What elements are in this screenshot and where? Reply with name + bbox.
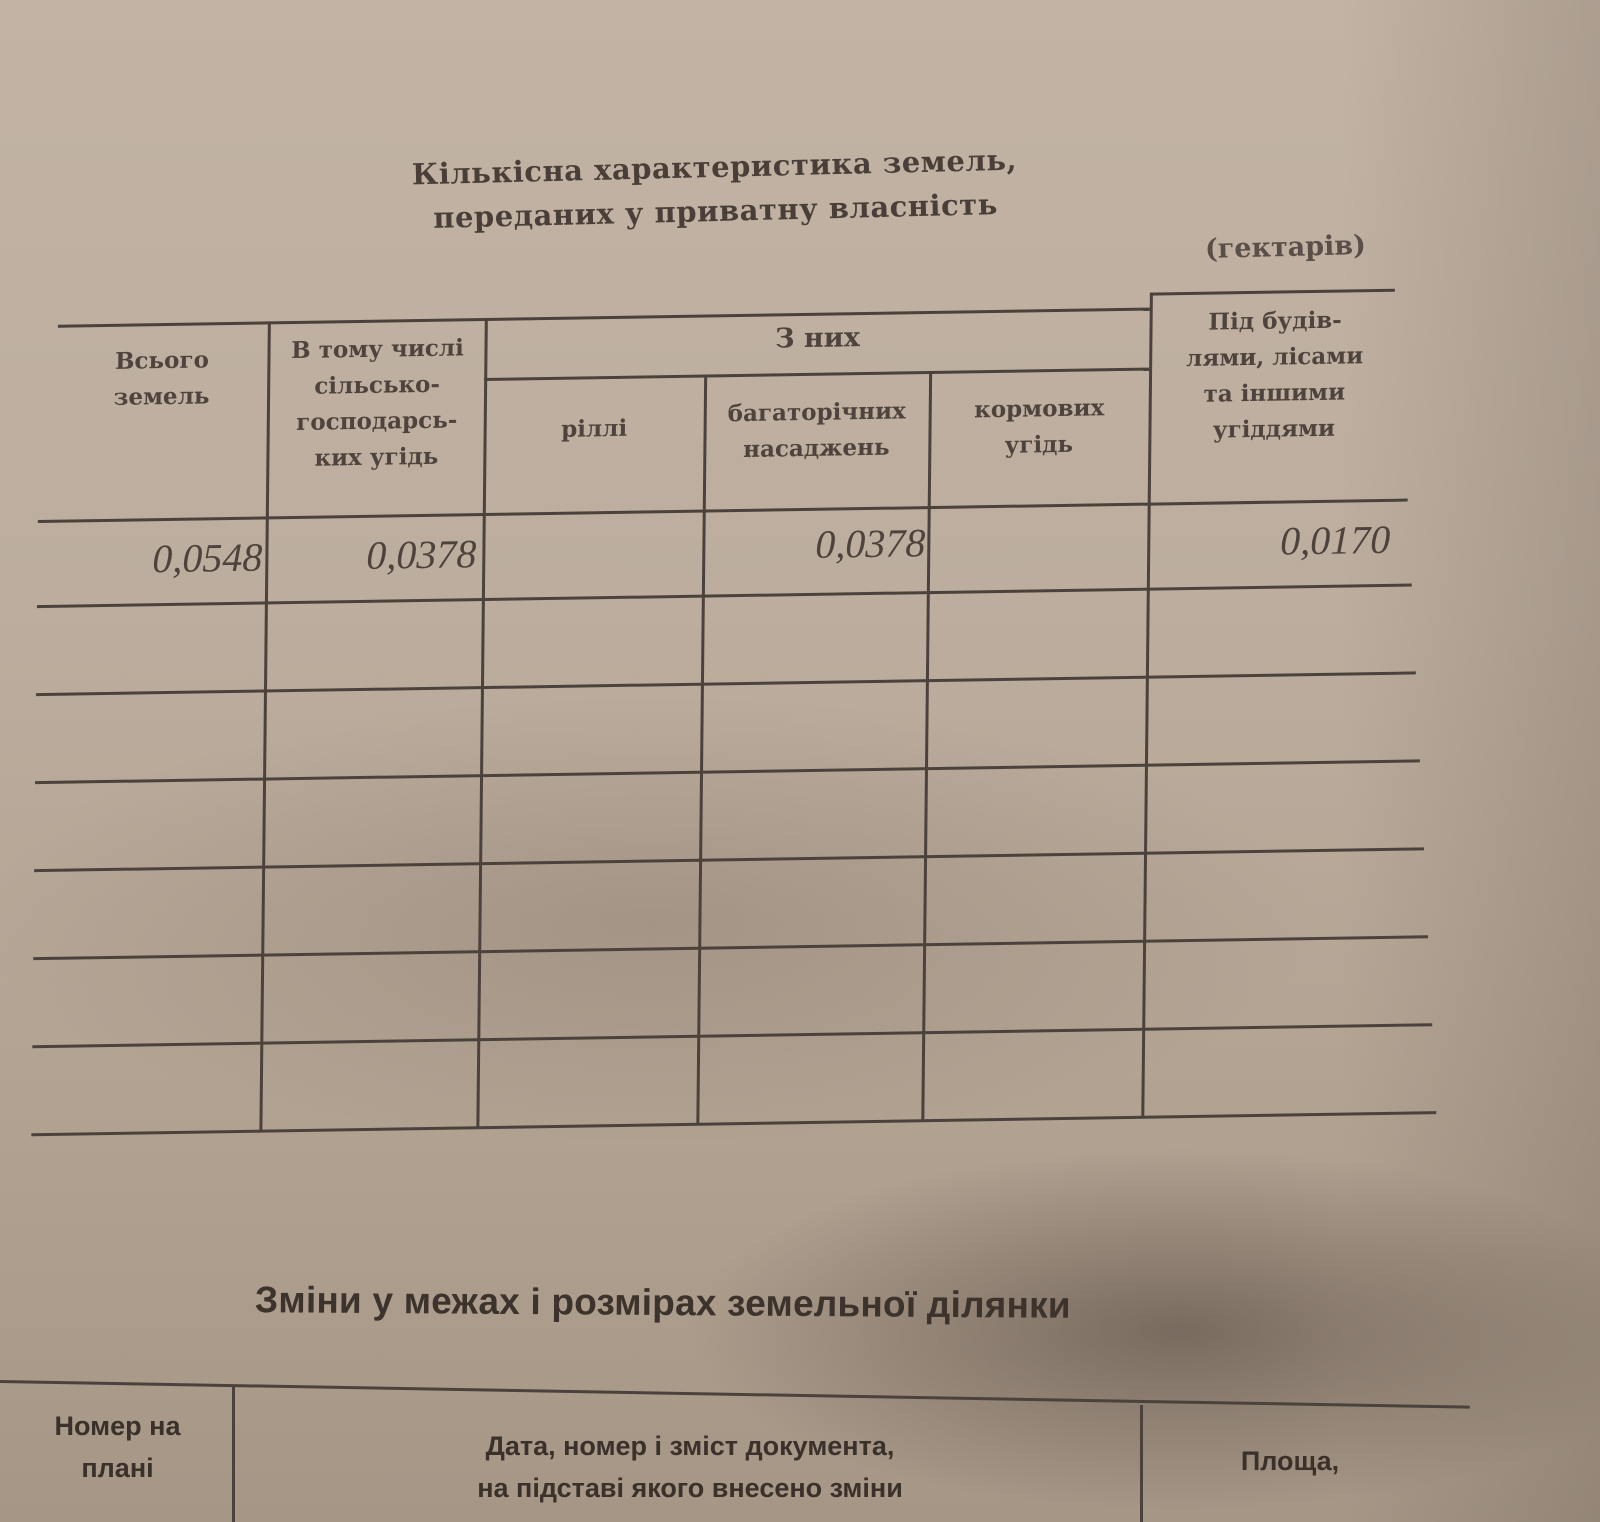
- header-agricultural: В тому числі сільсько- господарсь- ких у…: [270, 330, 483, 477]
- table-bottom-border: [31, 1111, 1436, 1136]
- header-forage: кормових угідь: [931, 390, 1147, 465]
- header-perennial: багаторічних насаджень: [706, 393, 927, 468]
- row-divider: [33, 935, 1428, 960]
- header-plan-number: Номер на плані: [10, 1405, 225, 1489]
- table-top-border-right: [1150, 289, 1395, 296]
- cell-agricultural: 0,0378: [269, 530, 476, 580]
- document-title: Кількісна характеристика земель, передан…: [389, 137, 1041, 241]
- row-divider: [35, 759, 1420, 784]
- cell-perennial: 0,0378: [705, 519, 925, 569]
- land-characteristics-table: Всього земель В тому числі сільсько- гос…: [31, 293, 1419, 1135]
- header-of-them: З них: [487, 316, 1147, 362]
- col-divider: [921, 371, 932, 1121]
- row-divider: [37, 583, 1412, 608]
- row-divider: [32, 1023, 1432, 1048]
- col-divider: [696, 375, 707, 1125]
- col-divider: [232, 1385, 235, 1522]
- cell-total: 0,0548: [57, 534, 262, 584]
- subheader-divider: [484, 368, 1149, 381]
- col-divider: [259, 321, 270, 1131]
- document-page: Кількісна характеристика земель, передан…: [0, 0, 1600, 1522]
- changes-table: Номер на плані Дата, номер і зміст докум…: [0, 1375, 1600, 1522]
- header-total: Всього земель: [59, 341, 265, 416]
- cell-buildings-forests: 0,0170: [1150, 516, 1390, 567]
- header-document: Дата, номер і зміст документа, на підста…: [300, 1425, 1080, 1509]
- unit-label: (гектарів): [1205, 230, 1367, 265]
- header-arable: ріллі: [486, 410, 701, 449]
- cell-arable: [486, 527, 696, 530]
- header-buildings-forests: Під будів- лями, лісами та іншими угіддя…: [1151, 302, 1397, 450]
- row-divider: [34, 847, 1424, 872]
- col-divider: [1140, 1405, 1143, 1522]
- changes-section-title: Зміни у межах і розмірах земельної ділян…: [255, 1279, 1071, 1327]
- header-area: Площа,: [1150, 1440, 1430, 1482]
- cell-forage: [931, 516, 1141, 519]
- row-divider: [36, 671, 1416, 696]
